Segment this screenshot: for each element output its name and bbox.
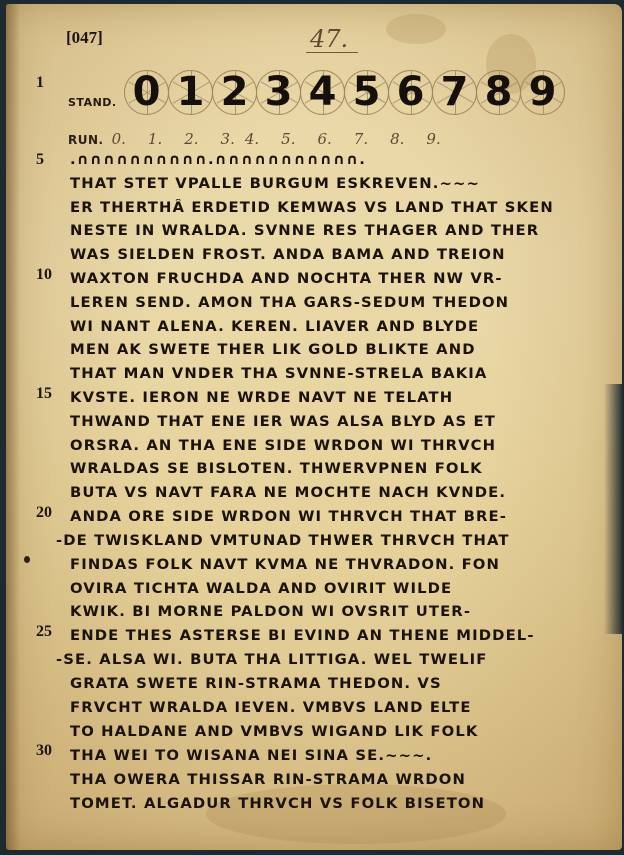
manuscript-line: GRATA SWETE RIN-STRAMA THEDON. VS bbox=[70, 676, 442, 692]
line-number-30: 30 bbox=[36, 742, 58, 760]
run-digit: 8. bbox=[390, 130, 404, 148]
manuscript-line: ER THERTHÂ ERDETID KEMWAS VS LAND THAT S… bbox=[70, 200, 554, 216]
manuscript-line: NESTE IN WRALDA. SVNNE RES THAGER AND TH… bbox=[70, 223, 539, 239]
run-digits-row: RUN. 0. 1. 2. 3. 4. 5. 6. 7. 8. 9. bbox=[68, 130, 463, 148]
stand-digit: 1 bbox=[177, 71, 205, 114]
manuscript-line: ORSRA. AN THA ENE SIDE WRDON WI THRVCH bbox=[70, 438, 496, 454]
manuscript-line: LEREN SEND. AMON THA GARS-SEDUM THEDON bbox=[70, 295, 509, 311]
run-digit: 9. bbox=[426, 130, 440, 148]
manuscript-line: WI NANT ALENA. KEREN. LIAVER AND BLYDE bbox=[70, 319, 479, 335]
manuscript-line: THA OWERA THISSAR RIN-STRAMA WRDON bbox=[70, 772, 466, 788]
water-stain bbox=[386, 14, 446, 44]
manuscript-line: FRVCHT WRALDA IEVEN. VMBVS LAND ELTE bbox=[70, 700, 472, 716]
stand-digit-wheel: 2 bbox=[212, 70, 257, 115]
manuscript-line: THA WEI TO WISANA NEI SINA SE.~~~. bbox=[70, 748, 432, 764]
manuscript-line: THWAND THAT ENE IER WAS ALSA BLYD AS ET bbox=[70, 414, 496, 430]
manuscript-line: KWIK. BI MORNE PALDON WI OVSRIT UTER- bbox=[70, 604, 471, 620]
stand-digit-wheels: 0 1 2 3 4 5 6 7 8 9 bbox=[124, 70, 564, 115]
stand-digit-wheel: 4 bbox=[300, 70, 345, 115]
manuscript-line: THAT STET VPALLE BURGUM ESKREVEN.~~~ bbox=[70, 176, 480, 192]
manuscript-line: -DE TWISKLAND VMTUNAD THWER THRVCH THAT bbox=[56, 533, 510, 549]
line-number-25: 25 bbox=[36, 623, 58, 641]
line-number-20: 20 bbox=[36, 504, 58, 522]
run-digit: 6. bbox=[317, 130, 331, 148]
run-digit: 3. bbox=[221, 130, 235, 148]
stand-digit: 9 bbox=[529, 71, 557, 114]
run-digit: 1. bbox=[148, 130, 162, 148]
run-digit: 2. bbox=[184, 130, 198, 148]
stand-digit-wheel: 0 bbox=[124, 70, 169, 115]
folio-marker: [047] bbox=[66, 28, 103, 48]
ink-blot bbox=[24, 556, 30, 563]
run-digit: 4. bbox=[245, 130, 259, 148]
manuscript-line: .∩∩∩∩∩∩∩∩∩∩.∩∩∩∩∩∩∩∩∩∩∩. bbox=[70, 152, 366, 168]
manuscript-line: WAS SIELDEN FROST. ANDA BAMA AND TREION bbox=[70, 247, 506, 263]
stand-digit: 5 bbox=[353, 71, 381, 114]
stand-digit: 3 bbox=[265, 71, 293, 114]
line-number-5: 5 bbox=[36, 151, 58, 169]
stand-digit-wheel: 8 bbox=[476, 70, 521, 115]
manuscript-line: TOMET. ALGADUR THRVCH VS FOLK BISETON bbox=[70, 796, 485, 812]
stand-digit-wheel: 5 bbox=[344, 70, 389, 115]
stand-digit: 8 bbox=[485, 71, 513, 114]
stand-digit: 7 bbox=[441, 71, 469, 114]
manuscript-line: KVSTE. IERON NE WRDE NAVT NE TELATH bbox=[70, 390, 453, 406]
line-number-1: 1 bbox=[36, 74, 58, 92]
stand-digit: 0 bbox=[133, 71, 161, 114]
page-number: 47. bbox=[306, 26, 358, 53]
manuscript-line: TO HALDANE AND VMBVS WIGAND LIK FOLK bbox=[70, 724, 478, 740]
manuscript-line: FINDAS FOLK NAVT KVMA NE THVRADON. FON bbox=[70, 557, 500, 573]
stand-digit: 4 bbox=[309, 71, 337, 114]
manuscript-line: ENDE THES ASTERSE BI EVIND AN THENE MIDD… bbox=[70, 628, 535, 644]
stand-digit: 2 bbox=[221, 71, 249, 114]
manuscript-line: ANDA ORE SIDE WRDON WI THRVCH THAT BRE- bbox=[70, 509, 507, 525]
manuscript-line: WRALDAS SE BISLOTEN. THWERVPNEN FOLK bbox=[70, 461, 483, 477]
manuscript-line: THAT MAN VNDER THA SVNNE-STRELA BAKIA bbox=[70, 366, 487, 382]
stand-digit-wheel: 7 bbox=[432, 70, 477, 115]
manuscript-line: OVIRA TICHTA WALDA AND OVIRIT WILDE bbox=[70, 581, 452, 597]
run-digit: 5. bbox=[281, 130, 295, 148]
water-stain bbox=[206, 784, 506, 844]
stand-digit: 6 bbox=[397, 71, 425, 114]
manuscript-line: -SE. ALSA WI. BUTA THA LITTIGA. WEL TWEL… bbox=[56, 652, 487, 668]
run-digit: 7. bbox=[354, 130, 368, 148]
stand-digit-wheel: 1 bbox=[168, 70, 213, 115]
stand-digit-wheel: 9 bbox=[520, 70, 565, 115]
stand-digit-wheel: 3 bbox=[256, 70, 301, 115]
run-digit: 0. bbox=[112, 130, 126, 148]
manuscript-line: BUTA VS NAVT FARA NE MOCHTE NACH KVNDE. bbox=[70, 485, 506, 501]
stand-digit-wheel: 6 bbox=[388, 70, 433, 115]
stand-label: STAND. bbox=[68, 96, 117, 109]
manuscript-line: WAXTON FRUCHDA AND NOCHTA THER NW VR- bbox=[70, 271, 503, 287]
manuscript-page: [047] 47. 1 5 10 15 20 25 30 STAND. 0 1 … bbox=[6, 4, 622, 850]
manuscript-line: MEN AK SWETE THER LIK GOLD BLIKTE AND bbox=[70, 342, 476, 358]
line-number-15: 15 bbox=[36, 385, 58, 403]
run-label: RUN. bbox=[68, 133, 104, 147]
line-number-10: 10 bbox=[36, 266, 58, 284]
